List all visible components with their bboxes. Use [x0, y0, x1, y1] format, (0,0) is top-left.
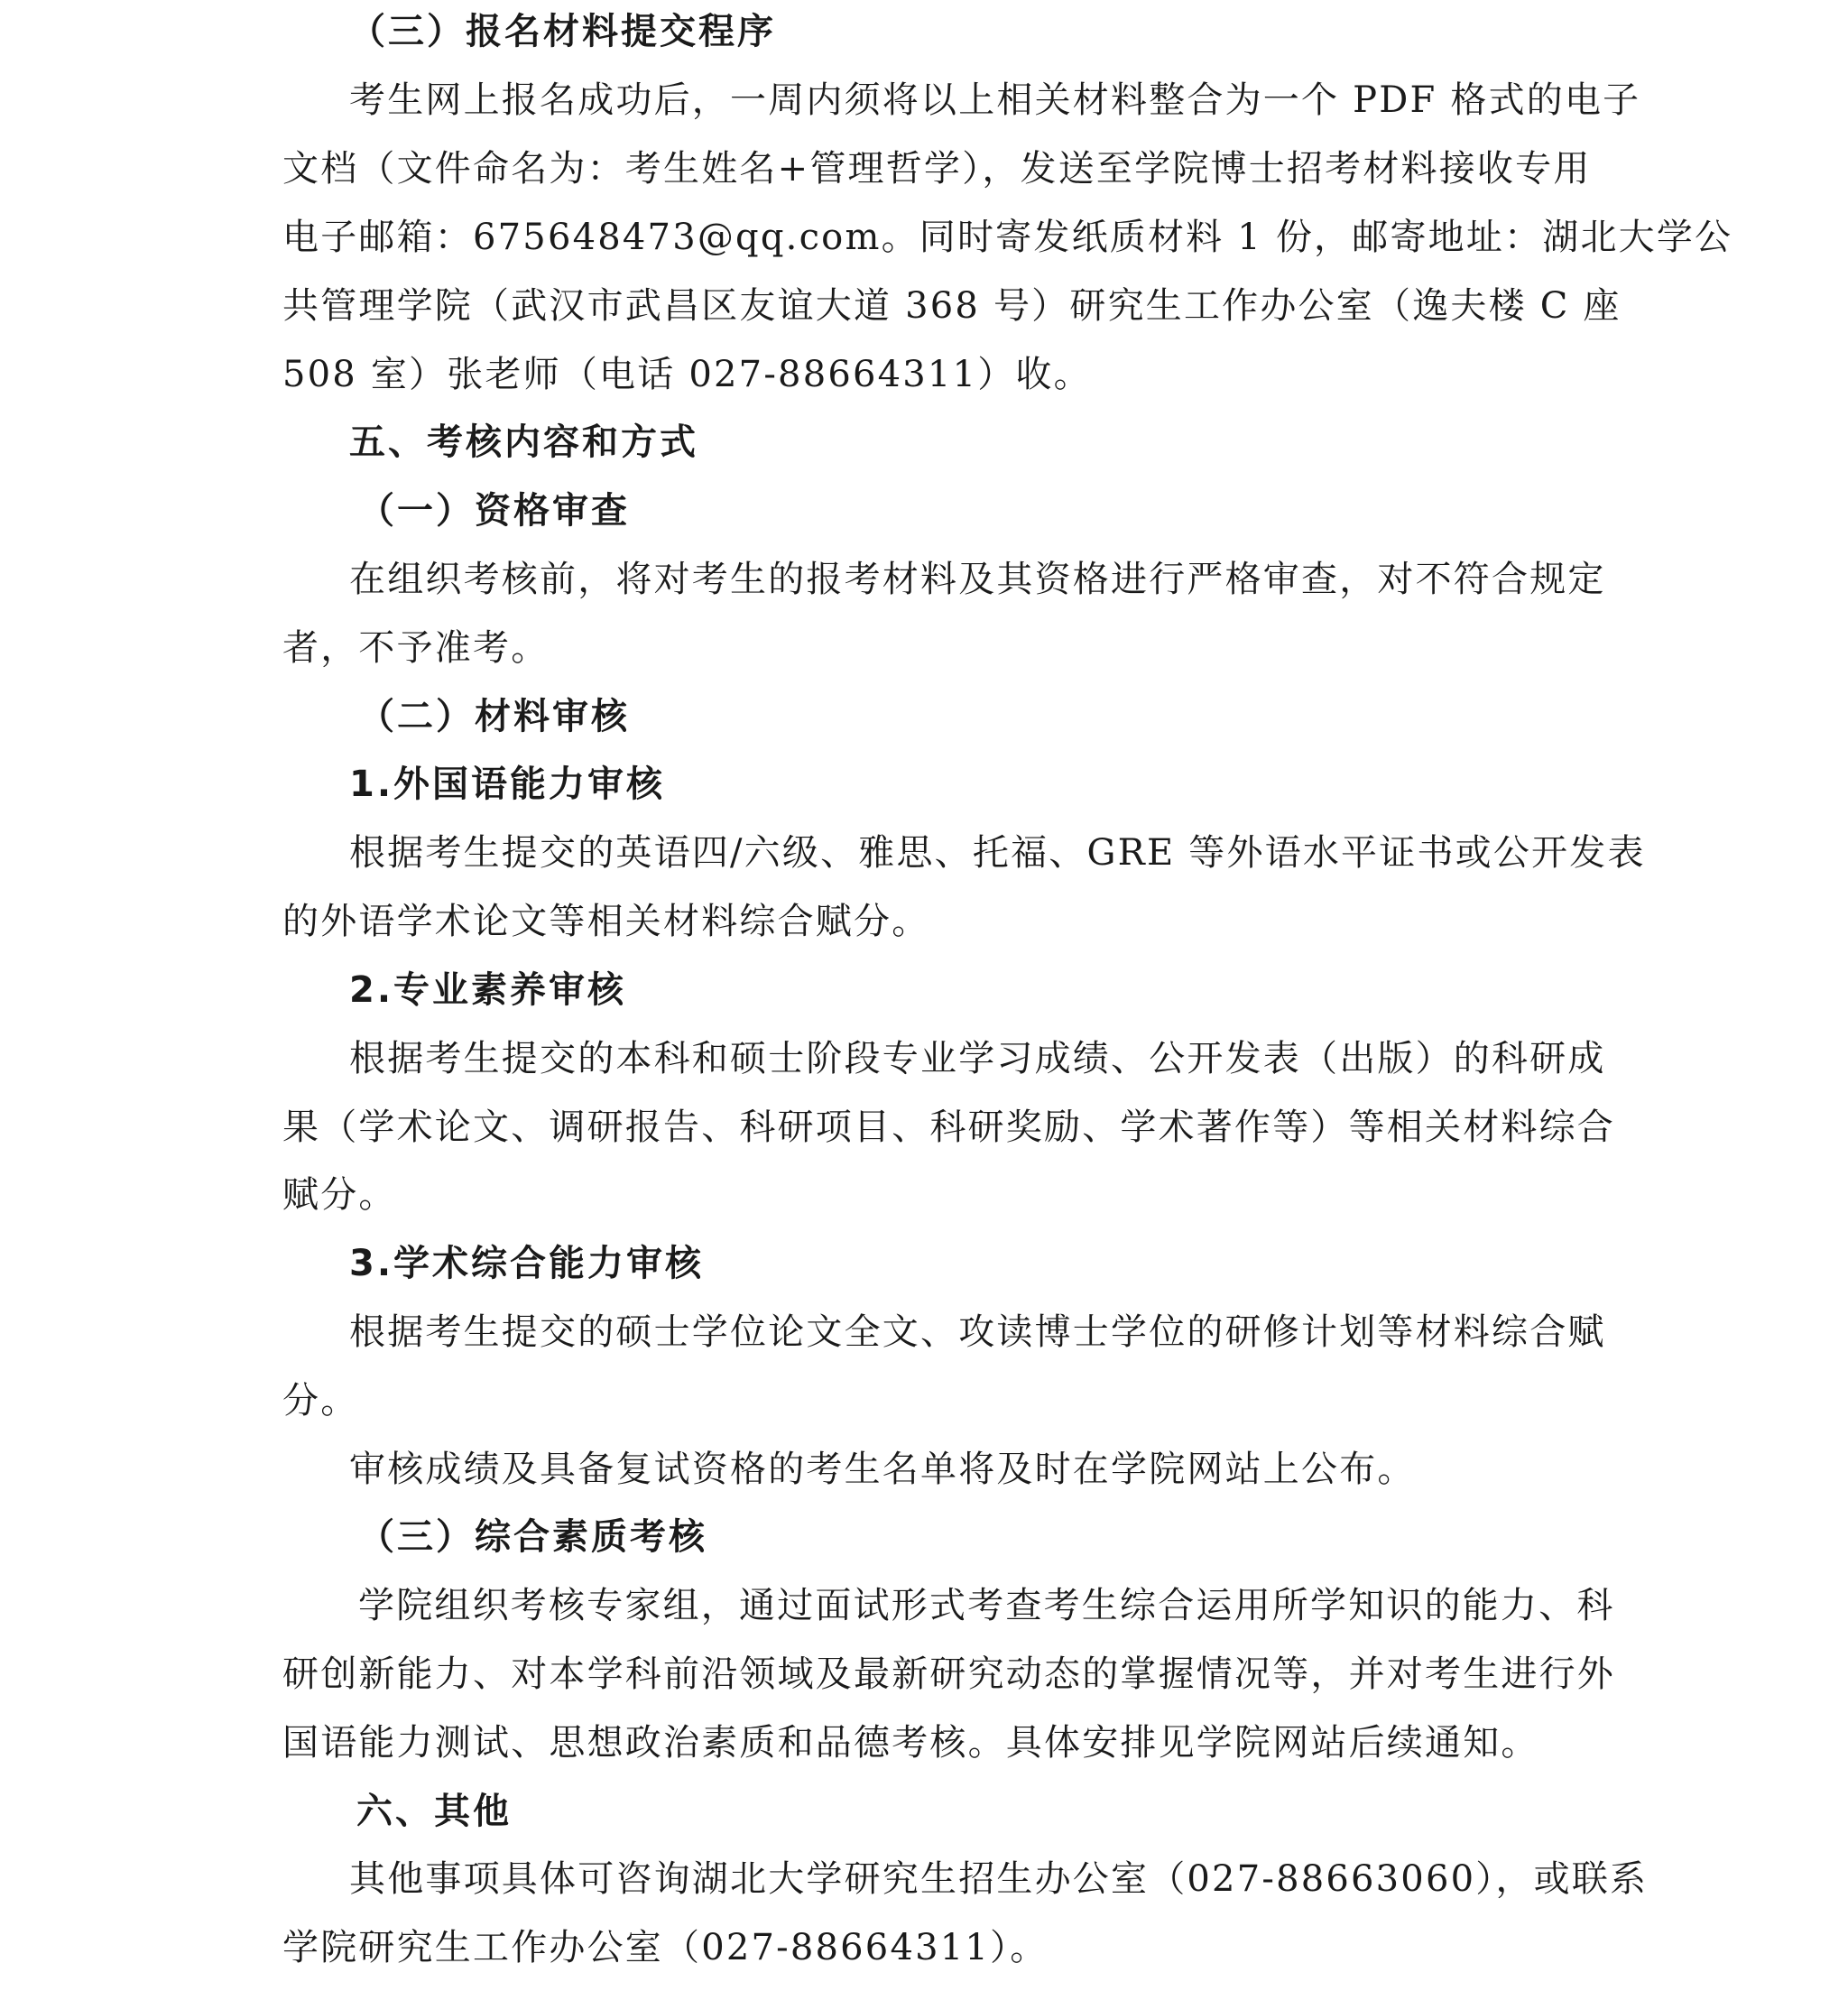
paragraph-line: 的外语学术论文等相关材料综合赋分。	[282, 894, 929, 949]
paragraph-line: 根据考生提交的英语四/六级、雅思、托福、GRE 等外语水平证书或公开发表	[349, 826, 1575, 880]
paragraph-line: 国语能力测试、思想政治素质和品德考核。具体安排见学院网站后续通知。	[282, 1716, 1539, 1770]
paragraph-line-address: 共管理学院（武汉市武昌区友谊大道 368 号）研究生工作办公室（逸夫楼 C 座	[282, 279, 1575, 333]
paragraph-line-contact: 学院研究生工作办公室（027-88664311）。	[282, 1921, 1048, 1975]
paragraph-line: 根据考生提交的硕士学位论文全文、攻读博士学位的研修计划等材料综合赋	[349, 1305, 1575, 1359]
paragraph-line: 果（学术论文、调研报告、科研项目、科研奖励、学术著作等）等相关材料综合	[282, 1100, 1575, 1154]
paragraph-line: 学院组织考核专家组，通过面试形式考查考生综合运用所学知识的能力、科	[358, 1579, 1575, 1633]
subsection-heading-material-review: （二）材料审核	[358, 690, 630, 744]
paragraph-line: 考生网上报名成功后，一周内须将以上相关材料整合为一个 PDF 格式的电子	[349, 73, 1575, 127]
section-heading-submission-procedure: （三）报名材料提交程序	[349, 5, 776, 59]
paragraph-line-contact: 其他事项具体可咨询湖北大学研究生招生办公室（027-88663060），或联系	[349, 1852, 1575, 1906]
item-heading-foreign-language: 1.外国语能力审核	[349, 757, 665, 811]
paragraph-line: 者，不予准考。	[282, 621, 549, 675]
subsection-heading-comprehensive: （三）综合素质考核	[358, 1510, 707, 1564]
paragraph-line: 审核成绩及具备复试资格的考生名单将及时在学院网站上公布。	[349, 1442, 1416, 1496]
paragraph-line: 研创新能力、对本学科前沿领域及最新研究动态的掌握情况等，并对考生进行外	[282, 1647, 1575, 1701]
paragraph-line-phone: 508 室）张老师（电话 027-88664311）收。	[282, 347, 1092, 402]
paragraph-line: 在组织考核前，将对考生的报考材料及其资格进行严格审查，对不符合规定	[349, 552, 1575, 607]
item-heading-academic: 3.学术综合能力审核	[349, 1236, 704, 1291]
section-heading-assessment: 五、考核内容和方式	[349, 415, 698, 469]
paragraph-line: 根据考生提交的本科和硕士阶段专业学习成绩、公开发表（出版）的科研成	[349, 1032, 1575, 1086]
paragraph-line: 赋分。	[282, 1168, 397, 1222]
paragraph-line: 分。	[282, 1374, 358, 1428]
paragraph-line: 文档（文件命名为：考生姓名+管理哲学），发送至学院博士招考材料接收专用	[282, 142, 1575, 196]
paragraph-line-email: 电子邮箱：675648473@qq.com。同时寄发纸质材料 1 份，邮寄地址：…	[282, 210, 1575, 264]
section-heading-other: 六、其他	[356, 1784, 512, 1838]
subsection-heading-qualification: （一）资格审查	[358, 484, 630, 538]
item-heading-professional: 2.专业素养审核	[349, 963, 626, 1017]
